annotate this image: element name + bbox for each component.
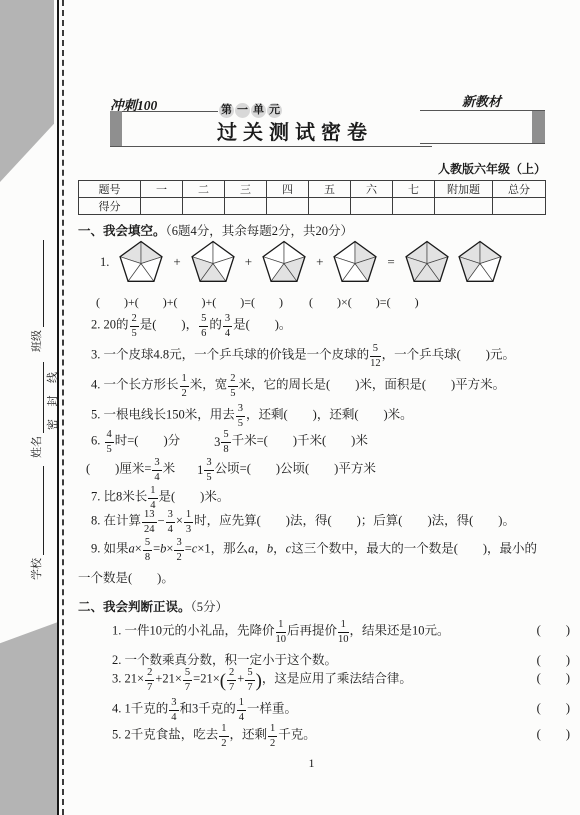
score-table: 题号 一 二 三 四 五 六 七 附加题 总分 得分 [78, 180, 546, 215]
school-field-label: 学校 [30, 558, 44, 580]
score-table-header: 题号 [79, 181, 141, 198]
pentagon-figure-row: 1. +++= [78, 239, 580, 285]
judge-answer-blank: ( ) [526, 698, 570, 723]
pentagon-figures: +++= [117, 239, 503, 285]
fill-question-6b: ( )厘米=34米135公顷=( )公顷( )平方米 [78, 458, 578, 483]
score-row-label: 得分 [79, 198, 141, 215]
seal-dashed-line [62, 0, 64, 815]
corner-decoration-bottom [0, 622, 58, 815]
fill-question-7: 7. 比8米长14是( )米。 [78, 486, 580, 511]
fill-question-4: 4. 一个长方形长12米，宽25米，它的周长是( )米，面积是( )平方米。 [78, 374, 580, 399]
school-field-blank [41, 466, 44, 555]
score-col: 六 [351, 181, 393, 198]
exam-page: 班级 姓名 学校 密 封 线 冲刺100 新教材 第 一 单 元 过关测试密卷 … [0, 0, 580, 815]
score-cell [141, 198, 183, 215]
name-field: 姓名 [30, 362, 44, 458]
page-title: 过关测试密卷 [170, 116, 420, 145]
score-cell [435, 198, 493, 215]
judge-answer-blank: ( ) [526, 668, 570, 693]
score-col: 二 [183, 181, 225, 198]
name-field-blank [41, 362, 44, 433]
score-cell [493, 198, 546, 215]
class-field-blank [41, 240, 44, 327]
score-col: 总分 [493, 181, 546, 198]
fill-question-6a: 6. 45时=( )分358千米=( )千米( )米 [78, 430, 580, 455]
judge-question-1: 1. 一件10元的小礼品，先降价110后再提价110，结果还是10元。 ( ) [78, 620, 570, 645]
judge-question-5: 5. 2千克食盐，吃去12，还剩12千克。 ( ) [78, 724, 570, 749]
score-cell [225, 198, 267, 215]
judge-answer-blank: ( ) [526, 620, 570, 645]
fill-question-2: 2. 20的25是( )，56的34是( )。 [78, 314, 580, 339]
section2-heading: 二、我会判断正误。（5分） [78, 597, 570, 615]
edition-subtitle: 人教版六年级（上） [438, 160, 546, 177]
pentagon-answer-line: ( )+( )+( )+( )=( )( )×( )=( ) [78, 293, 580, 310]
section1-heading: 一、我会填空。（6题4分，其余每题2分，共20分） [78, 221, 570, 239]
name-field-label: 姓名 [30, 436, 44, 458]
judge-answer-blank: ( ) [526, 724, 570, 749]
title-box-left-rule [110, 111, 218, 112]
class-field: 班级 [30, 240, 44, 352]
fill-question-9a: 9. 如果a×58=b×32=c×1，那么a，b，c这三个数中，最大的一个数是(… [78, 538, 580, 563]
edition-label: 新教材 [462, 91, 501, 110]
title-bottom-rule [110, 146, 432, 147]
fill-question-9b: 一个数是( )。 [78, 568, 570, 586]
title-box-right [420, 110, 545, 144]
judge-question-2: 2. 一个数乘真分数，积一定小于这个数。 ( ) [78, 650, 570, 668]
question-number: 1. [100, 255, 109, 270]
score-col: 三 [225, 181, 267, 198]
class-field-label: 班级 [30, 330, 44, 352]
score-col: 四 [267, 181, 309, 198]
title-box-right-bar [532, 111, 545, 143]
judge-question-3: 3. 21×27+21×57=21×(27+57)，这是应用了乘法结合律。 ( … [78, 668, 570, 693]
seal-line-label: 密 封 线 [46, 372, 60, 430]
score-col: 附加题 [435, 181, 493, 198]
judge-question-4: 4. 1千克的34和3千克的14一样重。 ( ) [78, 698, 570, 723]
fill-question-3: 3. 一个皮球4.8元，一个乒乓球的价钱是一个皮球的512，一个乒乓球( )元。 [78, 344, 580, 369]
page-number: 1 [78, 756, 545, 771]
score-cell [183, 198, 225, 215]
score-cell [393, 198, 435, 215]
score-cell [309, 198, 351, 215]
fill-question-8: 8. 在计算1324−34×13时，应先算( )法，得( )；后算( )法，得(… [78, 510, 580, 535]
judge-answer-blank: ( ) [526, 650, 570, 668]
score-cell [351, 198, 393, 215]
fill-question-5: 5. 一根电线长150米，用去35，还剩( )，还剩( )米。 [78, 404, 580, 429]
title-box-left-bar [110, 111, 122, 146]
score-col: 一 [141, 181, 183, 198]
score-col: 七 [393, 181, 435, 198]
corner-decoration-top [0, 0, 54, 182]
score-cell [267, 198, 309, 215]
score-col: 五 [309, 181, 351, 198]
school-field: 学校 [30, 466, 44, 580]
